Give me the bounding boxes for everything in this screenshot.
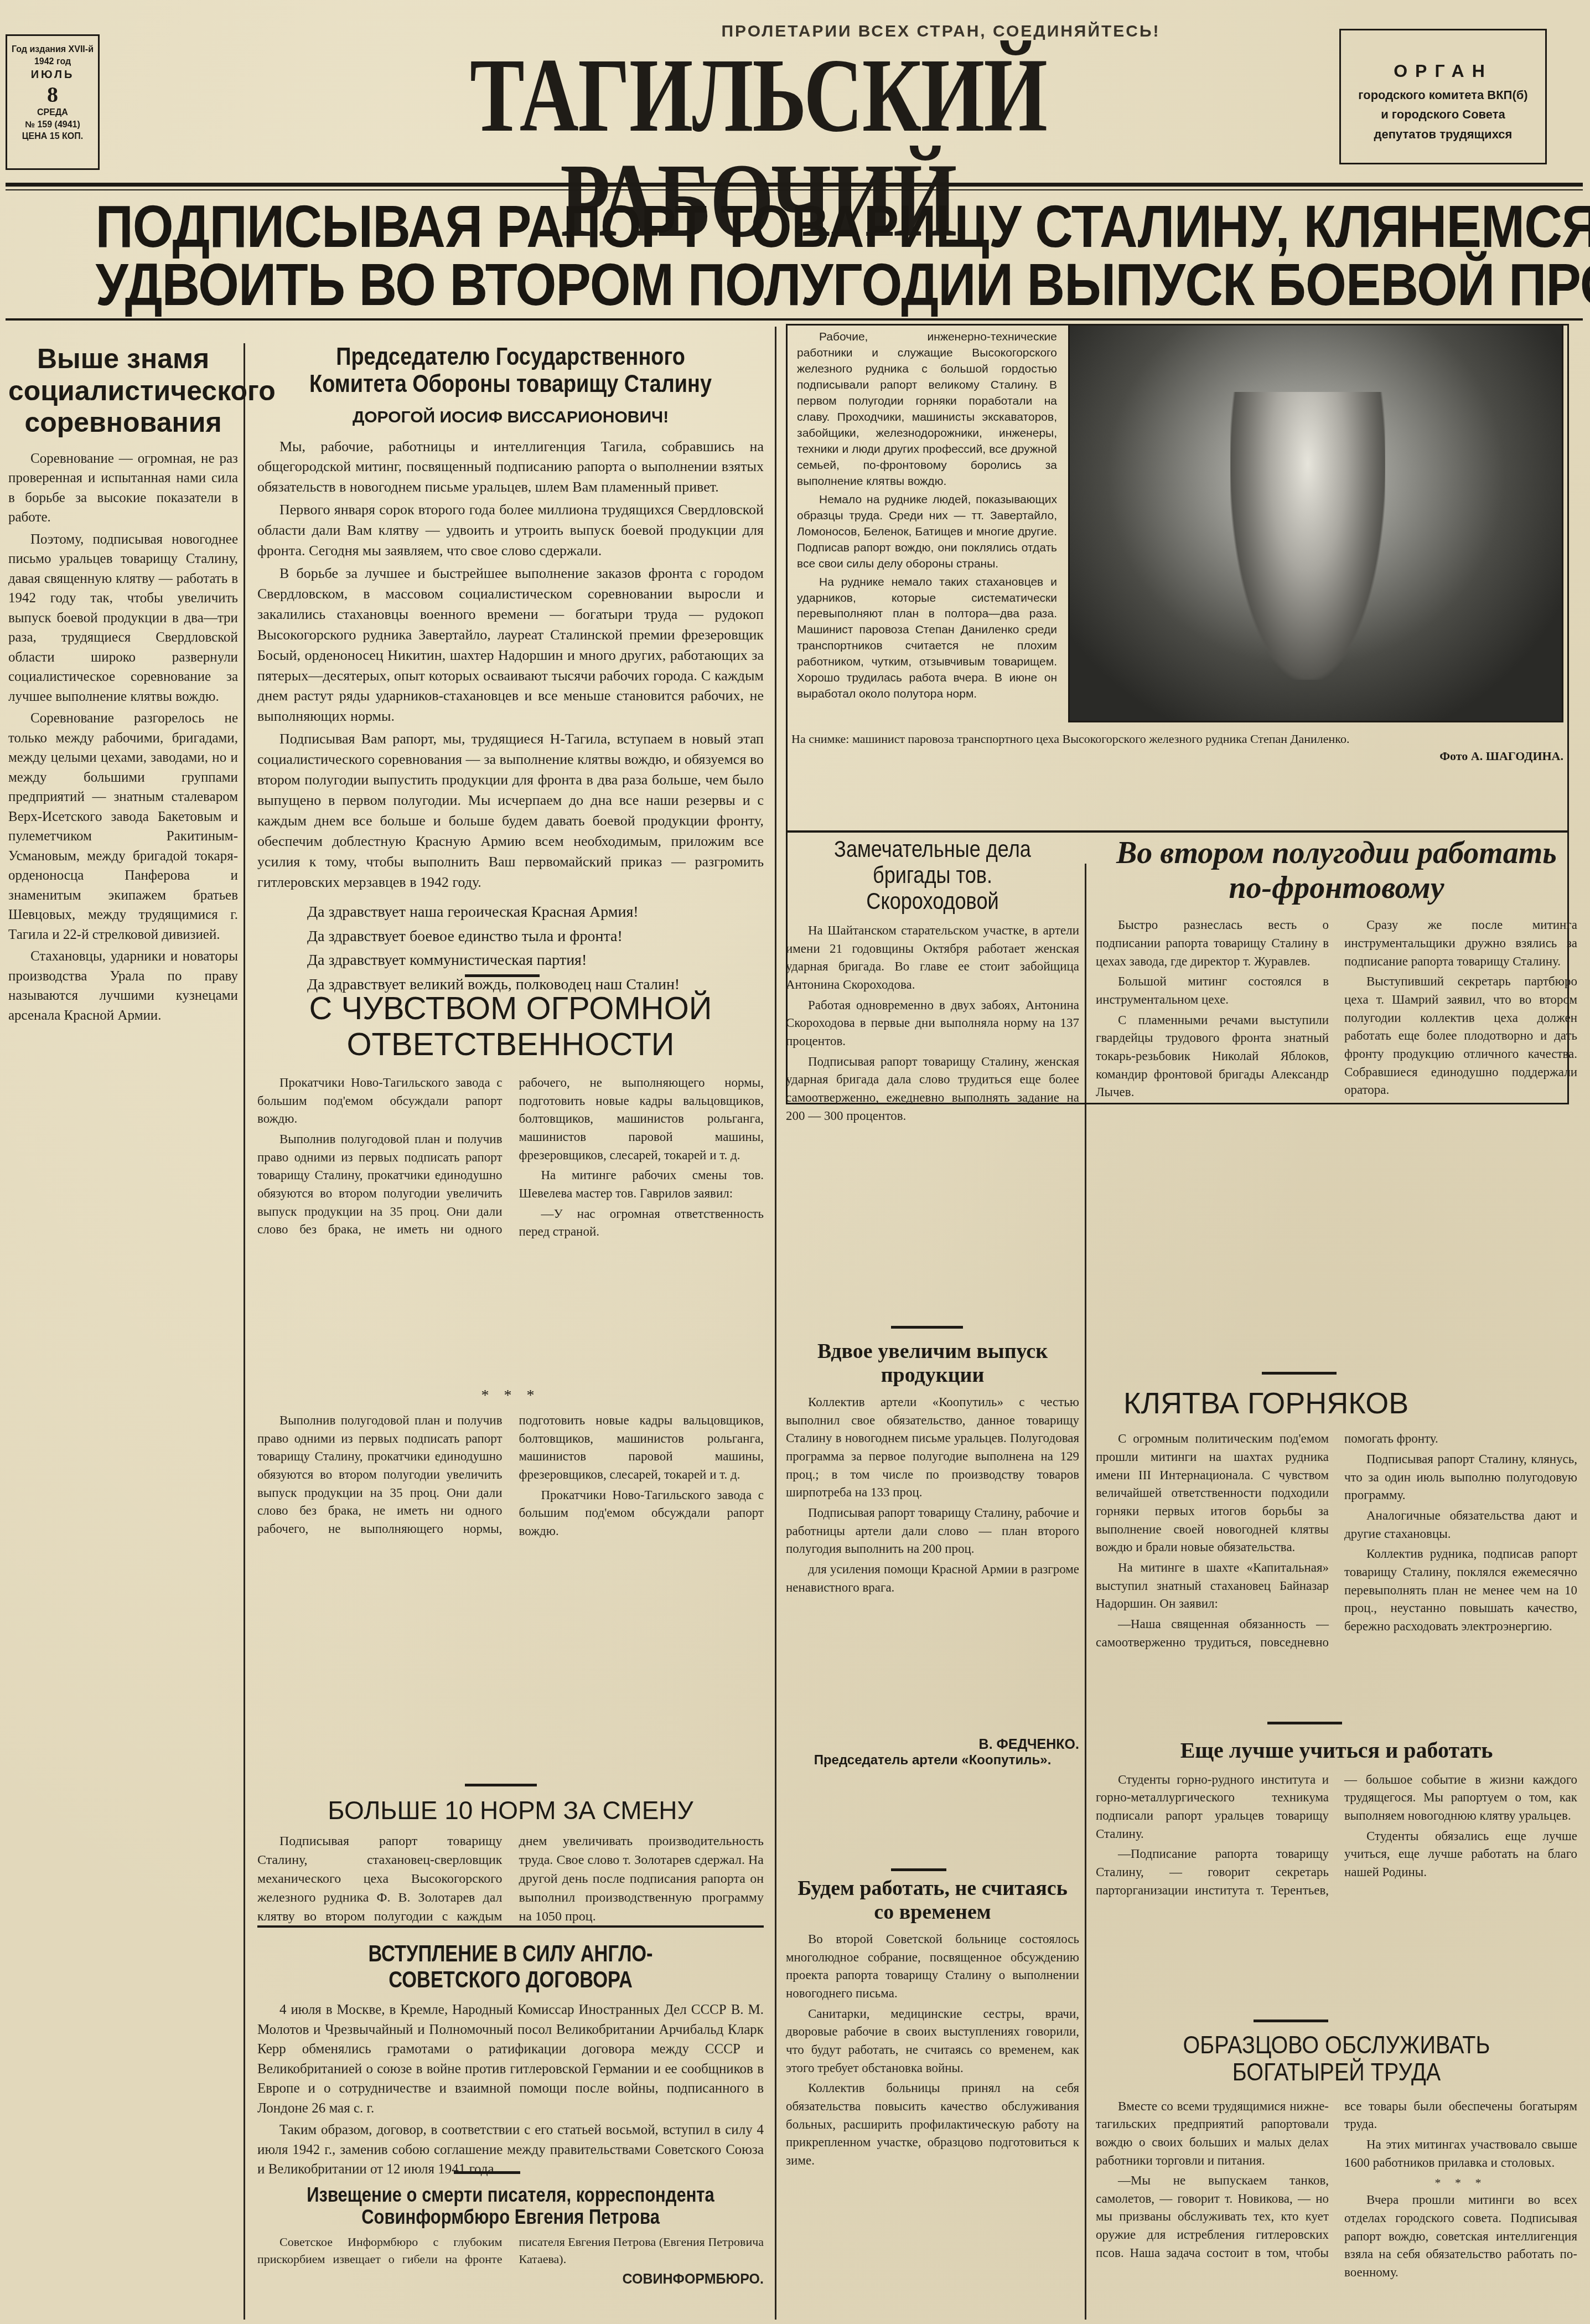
day: 8 — [7, 82, 98, 107]
month: ИЮЛЬ — [7, 68, 98, 82]
headline: БОЛЬШЕ 10 НОРМ ЗА СМЕНУ — [257, 1796, 764, 1825]
headline: Выше знамя социалистического соревновани… — [8, 343, 238, 439]
paragraph: На этих митингах участвовало свыше 1600 … — [1344, 2136, 1577, 2172]
paragraph: Коллектив артели «Коопутиль» с честью вы… — [786, 1393, 1079, 1502]
article-work-regardless-time: Будем работать, не считаясь со временем … — [786, 1877, 1079, 2307]
slogan-line: Да здравствует наша героическая Красная … — [257, 900, 764, 924]
column-rule — [244, 343, 245, 2320]
photo-credit: Фото А. ШАГОДИНА. — [791, 748, 1563, 765]
paragraph: Выступивший секретарь партбюро цеха т. Ш… — [1344, 973, 1577, 1099]
paragraph: На митинге рабочих смены тов. Шевелева м… — [519, 1166, 764, 1202]
headline: Замечательные дела бригады тов. Скороход… — [806, 836, 1059, 914]
paragraph: Таким образом, договор, в соответствии с… — [257, 2120, 764, 2180]
paragraph: С огромным политическим под'емом прошли … — [1096, 1430, 1329, 1557]
year: 1942 год — [7, 56, 98, 68]
headline: Председателю Государственного Комитета О… — [293, 343, 728, 398]
rule — [257, 1925, 764, 1928]
caption-text: На снимке: машинист паровоза транспортно… — [791, 732, 1349, 746]
photo-caption: На снимке: машинист паровоза транспортно… — [791, 731, 1563, 765]
article-miners-oath: КЛЯТВА ГОРНЯКОВ С огромным политическим … — [1096, 1387, 1577, 1690]
paragraph: На Шайтанском старательском участке, в а… — [786, 922, 1079, 994]
paragraph: Немало на руднике людей, показывающих об… — [797, 492, 1057, 572]
masthead-rule — [6, 189, 1583, 190]
paragraph: Рабочие, инженерно-технические работники… — [797, 329, 1057, 490]
article-frontline-work: Во втором полугодии работать по-фронтово… — [1096, 836, 1577, 1342]
signature-name: В. ФЕДЧЕНКО. — [786, 1737, 1079, 1753]
paragraph: Во второй Советской больнице состоялось … — [786, 1930, 1079, 2003]
article-serve-workers: ОБРАЗЦОВО ОБСЛУЖИВАТЬ БОГАТЫРЕЙ ТРУДА Вм… — [1096, 2032, 1577, 2319]
article-study-better: Еще лучше учиться и работать Студенты го… — [1096, 1738, 1577, 2020]
separator — [465, 1784, 537, 1786]
paragraph: Подписывая Вам рапорт, мы, трудящиеся Н-… — [257, 729, 764, 892]
price: ЦЕНА 15 КОП. — [7, 131, 98, 143]
paragraph: Подписывая рапорт Сталину, клянусь, что … — [1344, 1450, 1577, 1505]
paragraph: 4 июля в Москве, в Кремле, Народный Коми… — [257, 2000, 764, 2118]
paragraph: Соревнование — огромная, не раз проверен… — [8, 449, 238, 528]
photo-locomotive-driver — [1068, 324, 1563, 722]
paragraph: Работая одновременно в двух забоях, Анто… — [786, 996, 1079, 1051]
greeting: ДОРОГОЙ ИОСИФ ВИССАРИОНОВИЧ! — [257, 408, 764, 427]
paragraph: С пламенными речами выступили гвардейцы … — [1096, 1011, 1329, 1102]
banner-rule — [6, 318, 1583, 321]
slogan-line: Да здравствует коммунистическая партия! — [257, 948, 764, 972]
paragraph: Подписывая рапорт товарищу Сталину, стах… — [257, 1832, 764, 1927]
headline: КЛЯТВА ГОРНЯКОВ — [1096, 1387, 1577, 1420]
great-responsibility-continued: Выполнив полугодовой план и получив прав… — [257, 1412, 764, 1766]
paragraph: Прокатчики Ново-Тагильского завода с бол… — [519, 1486, 764, 1541]
mine-report-text: Рабочие, инженерно-технические работники… — [797, 329, 1057, 717]
headline: Еще лучше учиться и работать — [1096, 1738, 1577, 1763]
publication-year: Год издания XVII-й — [7, 44, 98, 56]
banner-line-1: ПОДПИСЫВАЯ РАПОРТ ТОВАРИЩУ СТАЛИНУ, КЛЯН… — [95, 197, 1494, 256]
article-socialist-competition: Выше знамя социалистического соревновани… — [8, 343, 238, 2270]
masthead-rule — [6, 183, 1583, 187]
paragraph: для усиления помощи Красной Армии в разг… — [786, 1561, 1079, 1597]
separator — [891, 1326, 963, 1329]
column-rule — [775, 327, 776, 2320]
headline: С ЧУВСТВОМ ОГРОМНОЙ ОТВЕТСТВЕННОСТИ — [257, 991, 764, 1063]
headline: Вдвое увеличим выпуск продукции — [786, 1340, 1079, 1387]
paragraph: Аналогичные обязательства дают и другие … — [1344, 1507, 1577, 1543]
paragraph: Мы, рабочие, работницы и интеллигенция Т… — [257, 437, 764, 498]
signature: СОВИНФОРМБЮРО. — [519, 2270, 764, 2290]
paragraph: Соревнование разгорелось не только между… — [8, 709, 238, 944]
paragraph: —У нас огромная ответственность перед ст… — [519, 1205, 764, 1241]
article-double-output: Вдвое увеличим выпуск продукции Коллекти… — [786, 1340, 1079, 1768]
slogan-line: Да здравствует боевое единство тыла и фр… — [257, 925, 764, 948]
separator — [1267, 1722, 1342, 1724]
paragraph: На митинге в шахте «Капитальная» выступи… — [1096, 1559, 1329, 1613]
photo-figure — [1230, 392, 1385, 680]
paragraph: Санитарки, медицинские сестры, врачи, дв… — [786, 2005, 1079, 2078]
paragraph: Поэтому, подписывая новогоднее письмо ур… — [8, 530, 238, 707]
paragraph: Студенты горно-рудного института и горно… — [1096, 1771, 1329, 1843]
section-stars: * * * — [1344, 2174, 1577, 2191]
organ-heading: ОРГАН — [1341, 57, 1545, 85]
paragraph: На руднике немало таких стахановцев и уд… — [797, 575, 1057, 703]
paragraph: Подписывая рапорт товарищу Сталину, рабо… — [786, 1504, 1079, 1558]
organ-box: ОРГАН городского комитета ВКП(б) и город… — [1339, 29, 1547, 164]
organ-line: городского комитета ВКП(б) — [1341, 85, 1545, 105]
article-more-10-norms: БОЛЬШЕ 10 НОРМ ЗА СМЕНУ Подписывая рапор… — [257, 1796, 764, 1937]
paragraph: Студенты обязались еще лучше учиться, ещ… — [1344, 1827, 1577, 1882]
paragraph: Коллектив больницы принял на себя обязат… — [786, 2079, 1079, 2170]
paragraph: В борьбе за лучшее и быстрейшее выполнен… — [257, 564, 764, 727]
issue-number: № 159 (4941) — [7, 119, 98, 131]
banner-line-2: УДВОИТЬ ВО ВТОРОМ ПОЛУГОДИИ ВЫПУСК БОЕВО… — [95, 255, 1494, 314]
paragraph: Вчера прошли митинги во всех отделах гор… — [1344, 2191, 1577, 2281]
section-stars: * * * — [257, 1387, 764, 1404]
article-great-responsibility: С ЧУВСТВОМ ОГРОМНОЙ ОТВЕТСТВЕННОСТИ Прок… — [257, 991, 764, 1417]
separator — [1262, 1372, 1337, 1375]
weekday: СРЕДА — [7, 107, 98, 119]
paragraph: Стахановцы, ударники и новаторы производ… — [8, 947, 238, 1025]
headline: ВСТУПЛЕНИЕ В СИЛУ АНГЛО-СОВЕТСКОГО ДОГОВ… — [303, 1940, 718, 1992]
signature-title: Председатель артели «Коопутиль». — [786, 1753, 1079, 1768]
paragraph: Быстро разнеслась весть о подписании рап… — [1096, 916, 1329, 970]
paragraph: Прокатчики Ново-Тагильского завода с бол… — [257, 1074, 503, 1128]
article-skorokhodova-brigade: Замечательные дела бригады тов. Скороход… — [786, 836, 1079, 1337]
separator — [454, 2171, 520, 2174]
paragraph: Сразу же после митинга инструментальщики… — [1344, 916, 1577, 970]
separator — [465, 974, 540, 977]
separator — [891, 1868, 946, 1871]
organ-line: и городского Совета — [1341, 105, 1545, 124]
paragraph: Первого января сорок второго года более … — [257, 500, 764, 561]
separator — [1254, 2020, 1328, 2022]
headline: Извещение о смерти писателя, корреспонде… — [293, 2184, 728, 2229]
paragraph: Коллектив рудника, подписав рапорт товар… — [1344, 1545, 1577, 1635]
paragraph: Большой митинг состоялся в инструменталь… — [1096, 973, 1329, 1009]
issue-info-box: Год издания XVII-й 1942 год ИЮЛЬ 8 СРЕДА… — [6, 34, 100, 170]
article-letter-to-stalin: Председателю Государственного Комитета О… — [257, 343, 764, 996]
article-petrov-death: Извещение о смерти писателя, корреспонде… — [257, 2184, 764, 2294]
paragraph: Вместе со всеми трудящимися нижне-тагиль… — [1096, 2098, 1329, 2170]
rule — [786, 830, 1569, 833]
headline: Во втором полугодии работать по-фронтово… — [1096, 836, 1577, 905]
article-anglo-soviet-treaty: ВСТУПЛЕНИЕ В СИЛУ АНГЛО-СОВЕТСКОГО ДОГОВ… — [257, 1940, 764, 2183]
headline: Будем работать, не считаясь со временем — [786, 1877, 1079, 1924]
headline: ОБРАЗЦОВО ОБСЛУЖИВАТЬ БОГАТЫРЕЙ ТРУДА — [1120, 2032, 1553, 2087]
organ-line: депутатов трудящихся — [1341, 125, 1545, 144]
paragraph: Подписывая рапорт товарищу Сталину, женс… — [786, 1053, 1079, 1125]
